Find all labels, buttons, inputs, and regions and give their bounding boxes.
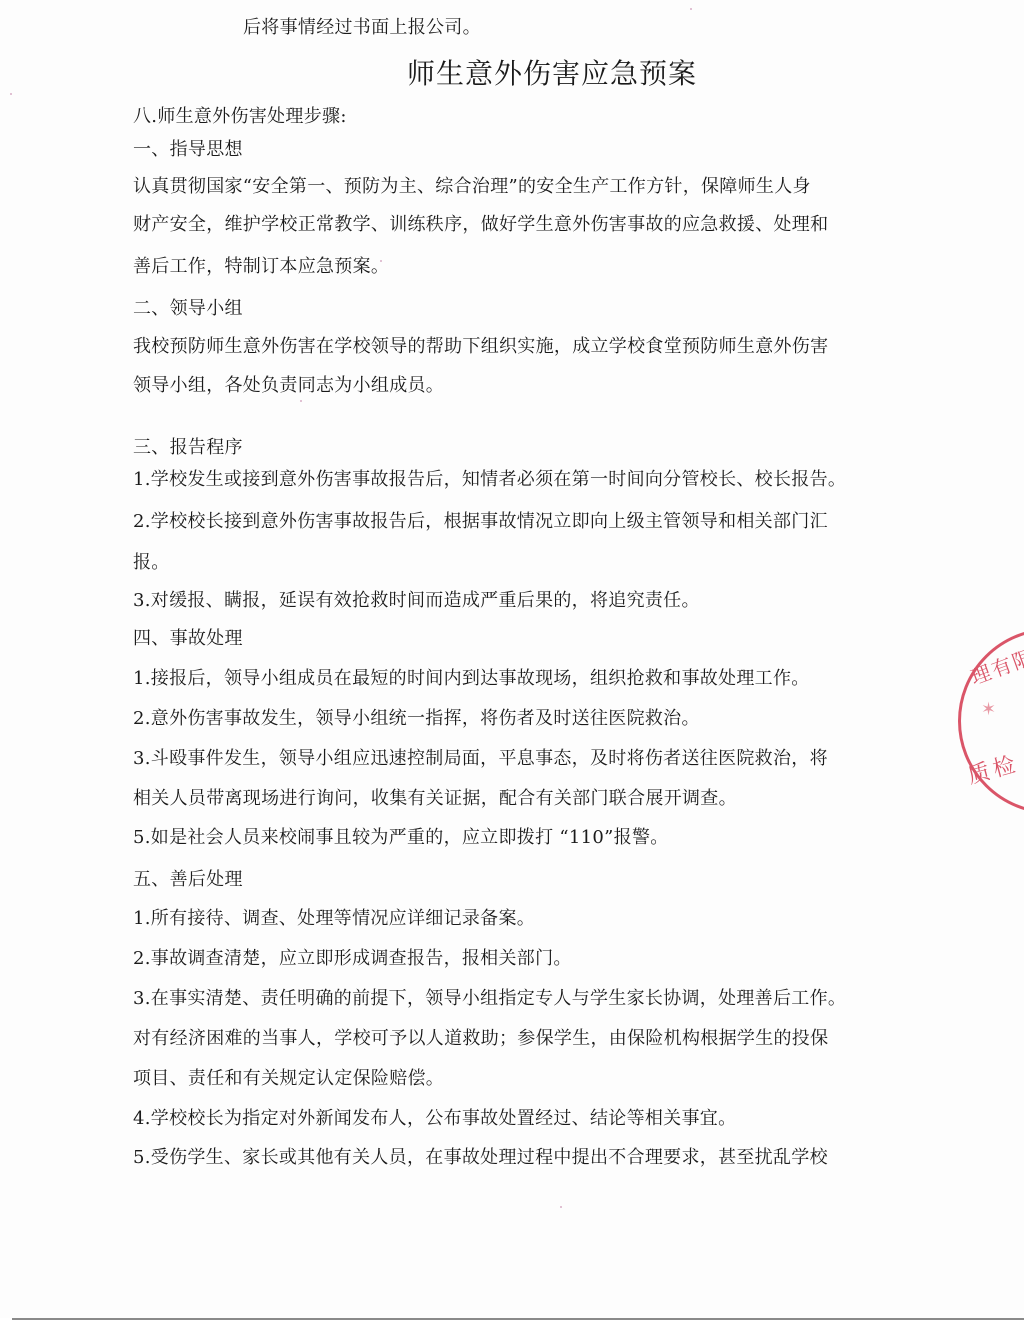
list-item: 报。 — [133, 552, 170, 574]
paragraph-line: 我校预防师生意外伤害在学校领导的帮助下组织实施，成立学校食堂预防师生意外伤害 — [133, 336, 828, 358]
paragraph-line: 领导小组，各处负责同志为小组成员。 — [133, 375, 444, 397]
list-item: 2.学校校长接到意外伤害事故报告后，根据事故情况立即向上级主管领导和相关部门汇 — [133, 511, 828, 533]
paragraph-line: 财产安全，维护学校正常教学、训练秩序，做好学生意外伤害事故的应急救援、处理和 — [133, 214, 828, 236]
list-item: 5.受伤学生、家长或其他有关人员，在事故处理过程中提出不合理要求，甚至扰乱学校 — [133, 1147, 828, 1169]
list-item: 3.对缓报、瞒报，延误有效抢救时间而造成严重后果的，将追究责任。 — [133, 590, 700, 612]
heading-guiding-ideology: 一、指导思想 — [133, 139, 243, 161]
heading-accident-handling: 四、事故处理 — [133, 628, 243, 650]
scan-speck — [690, 8, 692, 10]
list-item: 2.意外伤害事故发生，领导小组统一指挥，将伤者及时送往医院救治。 — [133, 708, 700, 730]
heading-aftermath-handling: 五、善后处理 — [133, 869, 243, 891]
heading-reporting-procedure: 三、报告程序 — [133, 437, 243, 459]
continuation-line: 后将事情经过书面上报公司。 — [243, 17, 481, 39]
list-item: 1.所有接待、调查、处理等情况应详细记录备案。 — [133, 908, 535, 930]
paragraph-line: 认真贯彻国家“安全第一、预防为主、综合治理”的安全生产工作方针，保障师生人身 — [133, 176, 811, 198]
scan-speck — [10, 93, 12, 95]
list-item: 3.斗殴事件发生，领导小组应迅速控制局面，平息事态，及时将伤者送往医院救治，将 — [133, 748, 828, 770]
list-item: 项目、责任和有关规定认定保险赔偿。 — [133, 1068, 444, 1090]
red-seal-stamp: 理有限 ✶ 质检 — [958, 628, 1024, 814]
list-item: 1.学校发生或接到意外伤害事故报告后，知情者必须在第一时间向分管校长、校长报告。 — [133, 469, 846, 491]
stamp-top-text: 理有限 — [966, 641, 1024, 691]
paragraph-line: 善后工作，特制订本应急预案。 — [133, 256, 389, 278]
scan-speck — [300, 400, 302, 402]
list-item: 4.学校校长为指定对外新闻发布人，公布事故处置经过、结论等相关事宜。 — [133, 1108, 736, 1130]
list-item: 相关人员带离现场进行询问，收集有关证据，配合有关部门联合展开调查。 — [133, 788, 737, 810]
scanned-page: 后将事情经过书面上报公司。 师生意外伤害应急预案 八.师生意外伤害处理步骤: 一… — [0, 0, 1024, 1318]
heading-leadership-group: 二、领导小组 — [133, 298, 243, 320]
list-item: 对有经济困难的当事人，学校可予以人道救助；参保学生，由保险机构根据学生的投保 — [133, 1028, 828, 1050]
document-title: 师生意外伤害应急预案 — [0, 56, 1024, 92]
scan-speck — [560, 1206, 562, 1208]
page-bottom-edge — [12, 1318, 1024, 1320]
list-item: 1.接报后，领导小组成员在最短的时间内到达事故现场，组织抢救和事故处理工作。 — [133, 668, 810, 690]
list-item: 2.事故调查清楚，应立即形成调查报告，报相关部门。 — [133, 948, 572, 970]
scan-speck — [380, 260, 382, 262]
stamp-bottom-text: 质检 — [964, 747, 1022, 790]
section-heading: 八.师生意外伤害处理步骤: — [133, 106, 347, 128]
stamp-star-icon: ✶ — [981, 699, 996, 720]
list-item: 3.在事实清楚、责任明确的前提下，领导小组指定专人与学生家长协调，处理善后工作。 — [133, 988, 846, 1010]
list-item: 5.如是社会人员来校闹事且较为严重的，应立即拨打 “110”报警。 — [133, 827, 669, 849]
